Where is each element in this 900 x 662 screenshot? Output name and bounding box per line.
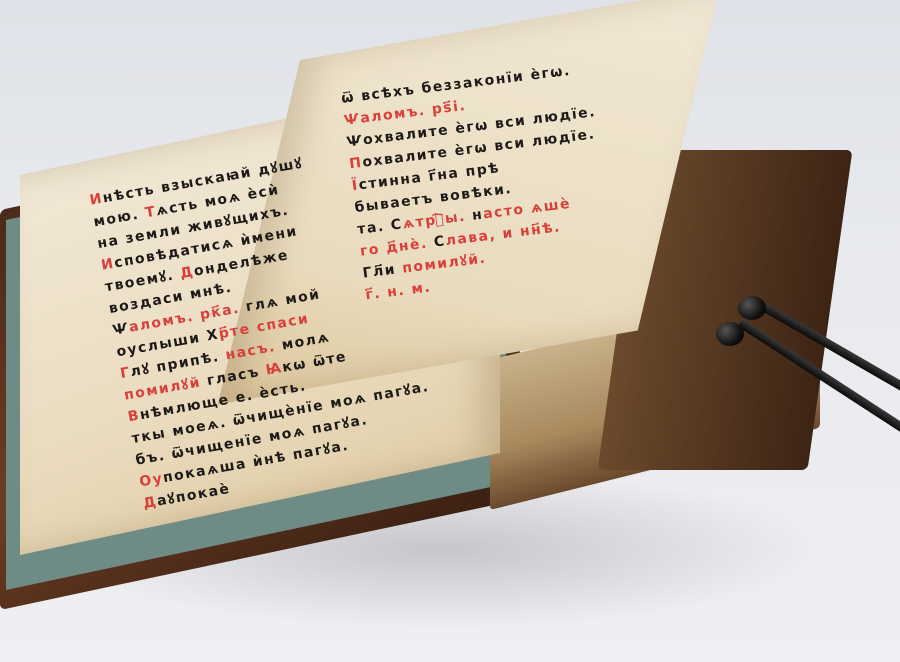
photo-scene: Инѣсть взыскаꙗй дꙋшꙋмою. Тѧсть моѧ ѐсѝна… [0, 0, 900, 662]
body-text: Гл҃и [362, 262, 397, 282]
mallet-head-1 [716, 322, 744, 346]
right-page-text: ѿ всѣхъ беззаконїи ѐгѡ.Ѱаломъ. рѕ҃і.Ѱохв… [340, 57, 616, 306]
body-text: Ѱ [346, 133, 364, 151]
mallet-head-2 [738, 296, 766, 320]
body-text: та. [356, 218, 391, 238]
rubric-text: Оу [138, 470, 164, 490]
